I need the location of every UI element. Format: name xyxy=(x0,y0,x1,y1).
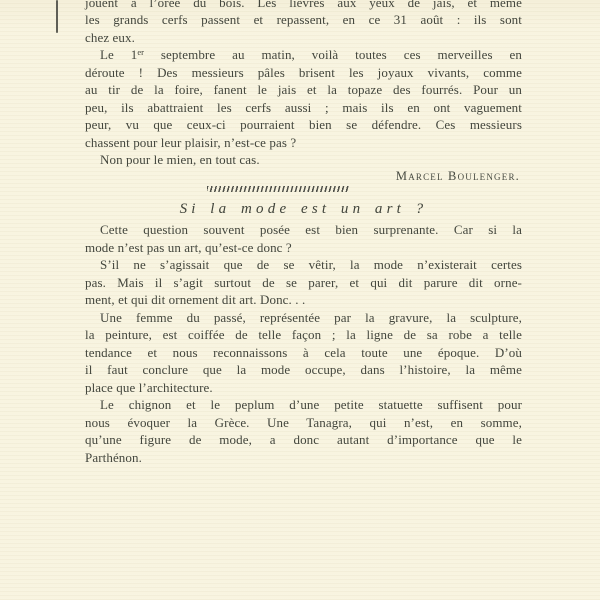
article-title: Si la mode est un art ? xyxy=(85,200,522,219)
text-line: Le 1er septembre au matin, voilà toutes … xyxy=(85,46,522,64)
text-column: jouent à l’orée du bois. Les lièvres aux… xyxy=(85,0,522,466)
text-line: Le chignon et le peplum d’une petite sta… xyxy=(85,396,522,414)
squiggle-divider-icon xyxy=(207,186,349,192)
text-line: au tir de la foire, fanent le jais et la… xyxy=(85,81,522,99)
text-line: peur, vu que ceux-ci pourraient bien se … xyxy=(85,116,522,134)
text-line: Cette question souvent posée est bien su… xyxy=(85,221,522,239)
text-line: S’il ne s’agissait que de se vêtir, la m… xyxy=(85,256,522,274)
text-line: peu, ils abattraient les cerfs aussi ; m… xyxy=(85,99,522,117)
text-line: place que l’architecture. xyxy=(85,379,522,397)
text-line: déroute ! Des messieurs pâles brisent le… xyxy=(85,64,522,82)
text-line: chassent pour leur plaisir, n’est-ce pas… xyxy=(85,134,522,152)
text-line: il faut conclure que la mode occupe, dan… xyxy=(85,361,522,379)
text-line: tendance et nous reconnaissons à cela to… xyxy=(85,344,522,362)
text-line: Non pour le mien, en tout cas. xyxy=(85,151,522,169)
text-line: chez eux. xyxy=(85,29,522,47)
text-line: Une femme du passé, représentée par la g… xyxy=(85,309,522,327)
text-line: ment, et qui dit ornement dit art. Donc.… xyxy=(85,291,522,309)
text-segment: septembre au matin, voilà toutes ces mer… xyxy=(144,47,522,62)
text-line: Parthénon. xyxy=(85,449,522,467)
text-line: qu’une figure de mode, a donc autant d’i… xyxy=(85,431,522,449)
text-line: nous évoquer la Grèce. Une Tanagra, qui … xyxy=(85,414,522,432)
text-line: pas. Mais il s’agit surtout de se parer,… xyxy=(85,274,522,292)
text-line: mode n’est pas un art, qu’est-ce donc ? xyxy=(85,239,522,257)
text-line: les grands cerfs passent et repassent, e… xyxy=(85,11,522,29)
text-segment: Le 1 xyxy=(100,47,137,62)
text-line: la peinture, est coiffée de telle façon … xyxy=(85,326,522,344)
scan-edge-mark xyxy=(56,0,58,33)
author-signature: Marcel Boulenger. xyxy=(85,169,522,183)
text-line: jouent à l’orée du bois. Les lièvres aux… xyxy=(85,0,522,11)
book-page: { "page": { "kind": "scanned-book-page",… xyxy=(0,0,600,600)
